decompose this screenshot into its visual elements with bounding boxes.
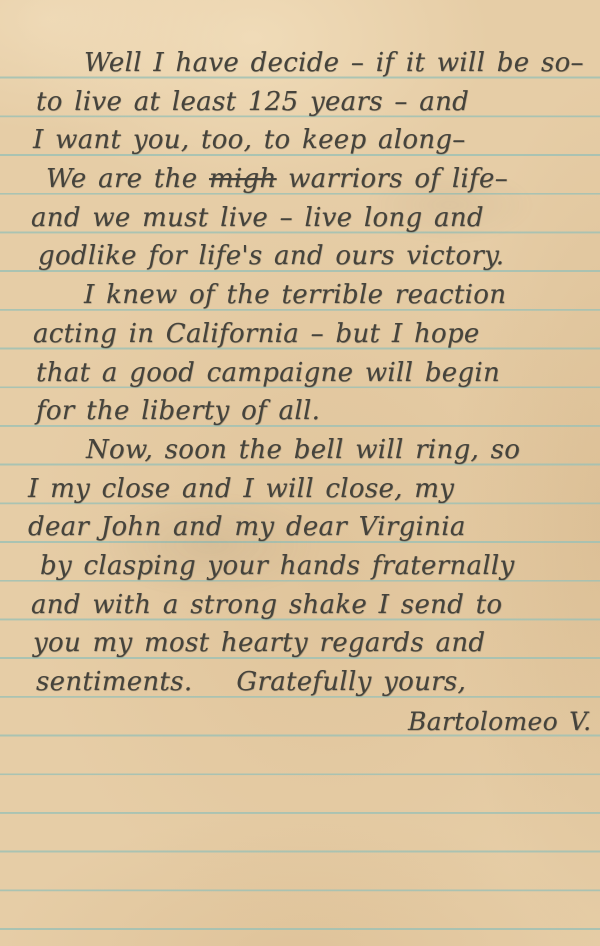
- letter-text: godlike for life's and ours victory.: [38, 241, 504, 271]
- letter-line: godlike for life's and ours victory.: [38, 237, 504, 276]
- letter-line: Well I have decide – if it will be so–: [84, 44, 584, 83]
- letter-line: acting in California – but I hope: [33, 315, 480, 354]
- letter-line: you my most hearty regards and: [33, 624, 485, 663]
- letter-text: by clasping your hands fraternally: [40, 551, 515, 581]
- letter-text: for the liberty of all.: [36, 396, 320, 426]
- signature-text: Bartolomeo V.: [408, 707, 591, 736]
- letter-text: that a good campaigne will begin: [36, 358, 500, 388]
- letter-line: sentiments.Gratefully yours,: [36, 663, 466, 702]
- signature: Bartolomeo V.: [408, 702, 591, 741]
- letter-line: by clasping your hands fraternally: [40, 547, 515, 586]
- letter-text: Well I have decide – if it will be so–: [84, 48, 584, 78]
- letter-line: to live at least 125 years – and: [36, 83, 469, 122]
- letter-line: Now, soon the bell will ring, so: [86, 431, 520, 470]
- letter-text: We are the: [46, 164, 209, 194]
- letter-line: We are the migh warriors of life–: [46, 160, 508, 199]
- letter-text: I want you, too, to keep along–: [33, 125, 466, 155]
- letter-text: to live at least 125 years – and: [36, 87, 469, 117]
- letter-text: Now, soon the bell will ring, so: [86, 435, 520, 465]
- letter-text: dear John and my dear Virginia: [28, 512, 466, 542]
- letter-text: and we must live – live long and: [31, 203, 484, 233]
- letter-line: for the liberty of all.: [36, 392, 320, 431]
- letter-line: that a good campaigne will begin: [36, 354, 500, 393]
- struck-word: migh: [209, 164, 277, 194]
- letter-text: acting in California – but I hope: [33, 319, 480, 349]
- closing-phrase: Gratefully yours,: [236, 667, 466, 697]
- letter-text: warriors of life–: [277, 164, 508, 194]
- letter-line: I knew of the terrible reaction: [84, 276, 506, 315]
- letter-text: I my close and I will close, my: [28, 474, 454, 504]
- letter-line: and we must live – live long and: [31, 199, 484, 238]
- letter-line: I want you, too, to keep along–: [33, 121, 466, 160]
- letter-line: and with a strong shake I send to: [31, 586, 502, 625]
- letter-text: you my most hearty regards and: [33, 628, 485, 658]
- letter-line: dear John and my dear Virginia: [28, 508, 466, 547]
- letter-text: and with a strong shake I send to: [31, 590, 502, 620]
- letter-page: Well I have decide – if it will be so– t…: [0, 0, 600, 946]
- letter-text: sentiments.: [36, 667, 192, 697]
- letter-line: I my close and I will close, my: [28, 470, 454, 509]
- letter-text: I knew of the terrible reaction: [84, 280, 506, 310]
